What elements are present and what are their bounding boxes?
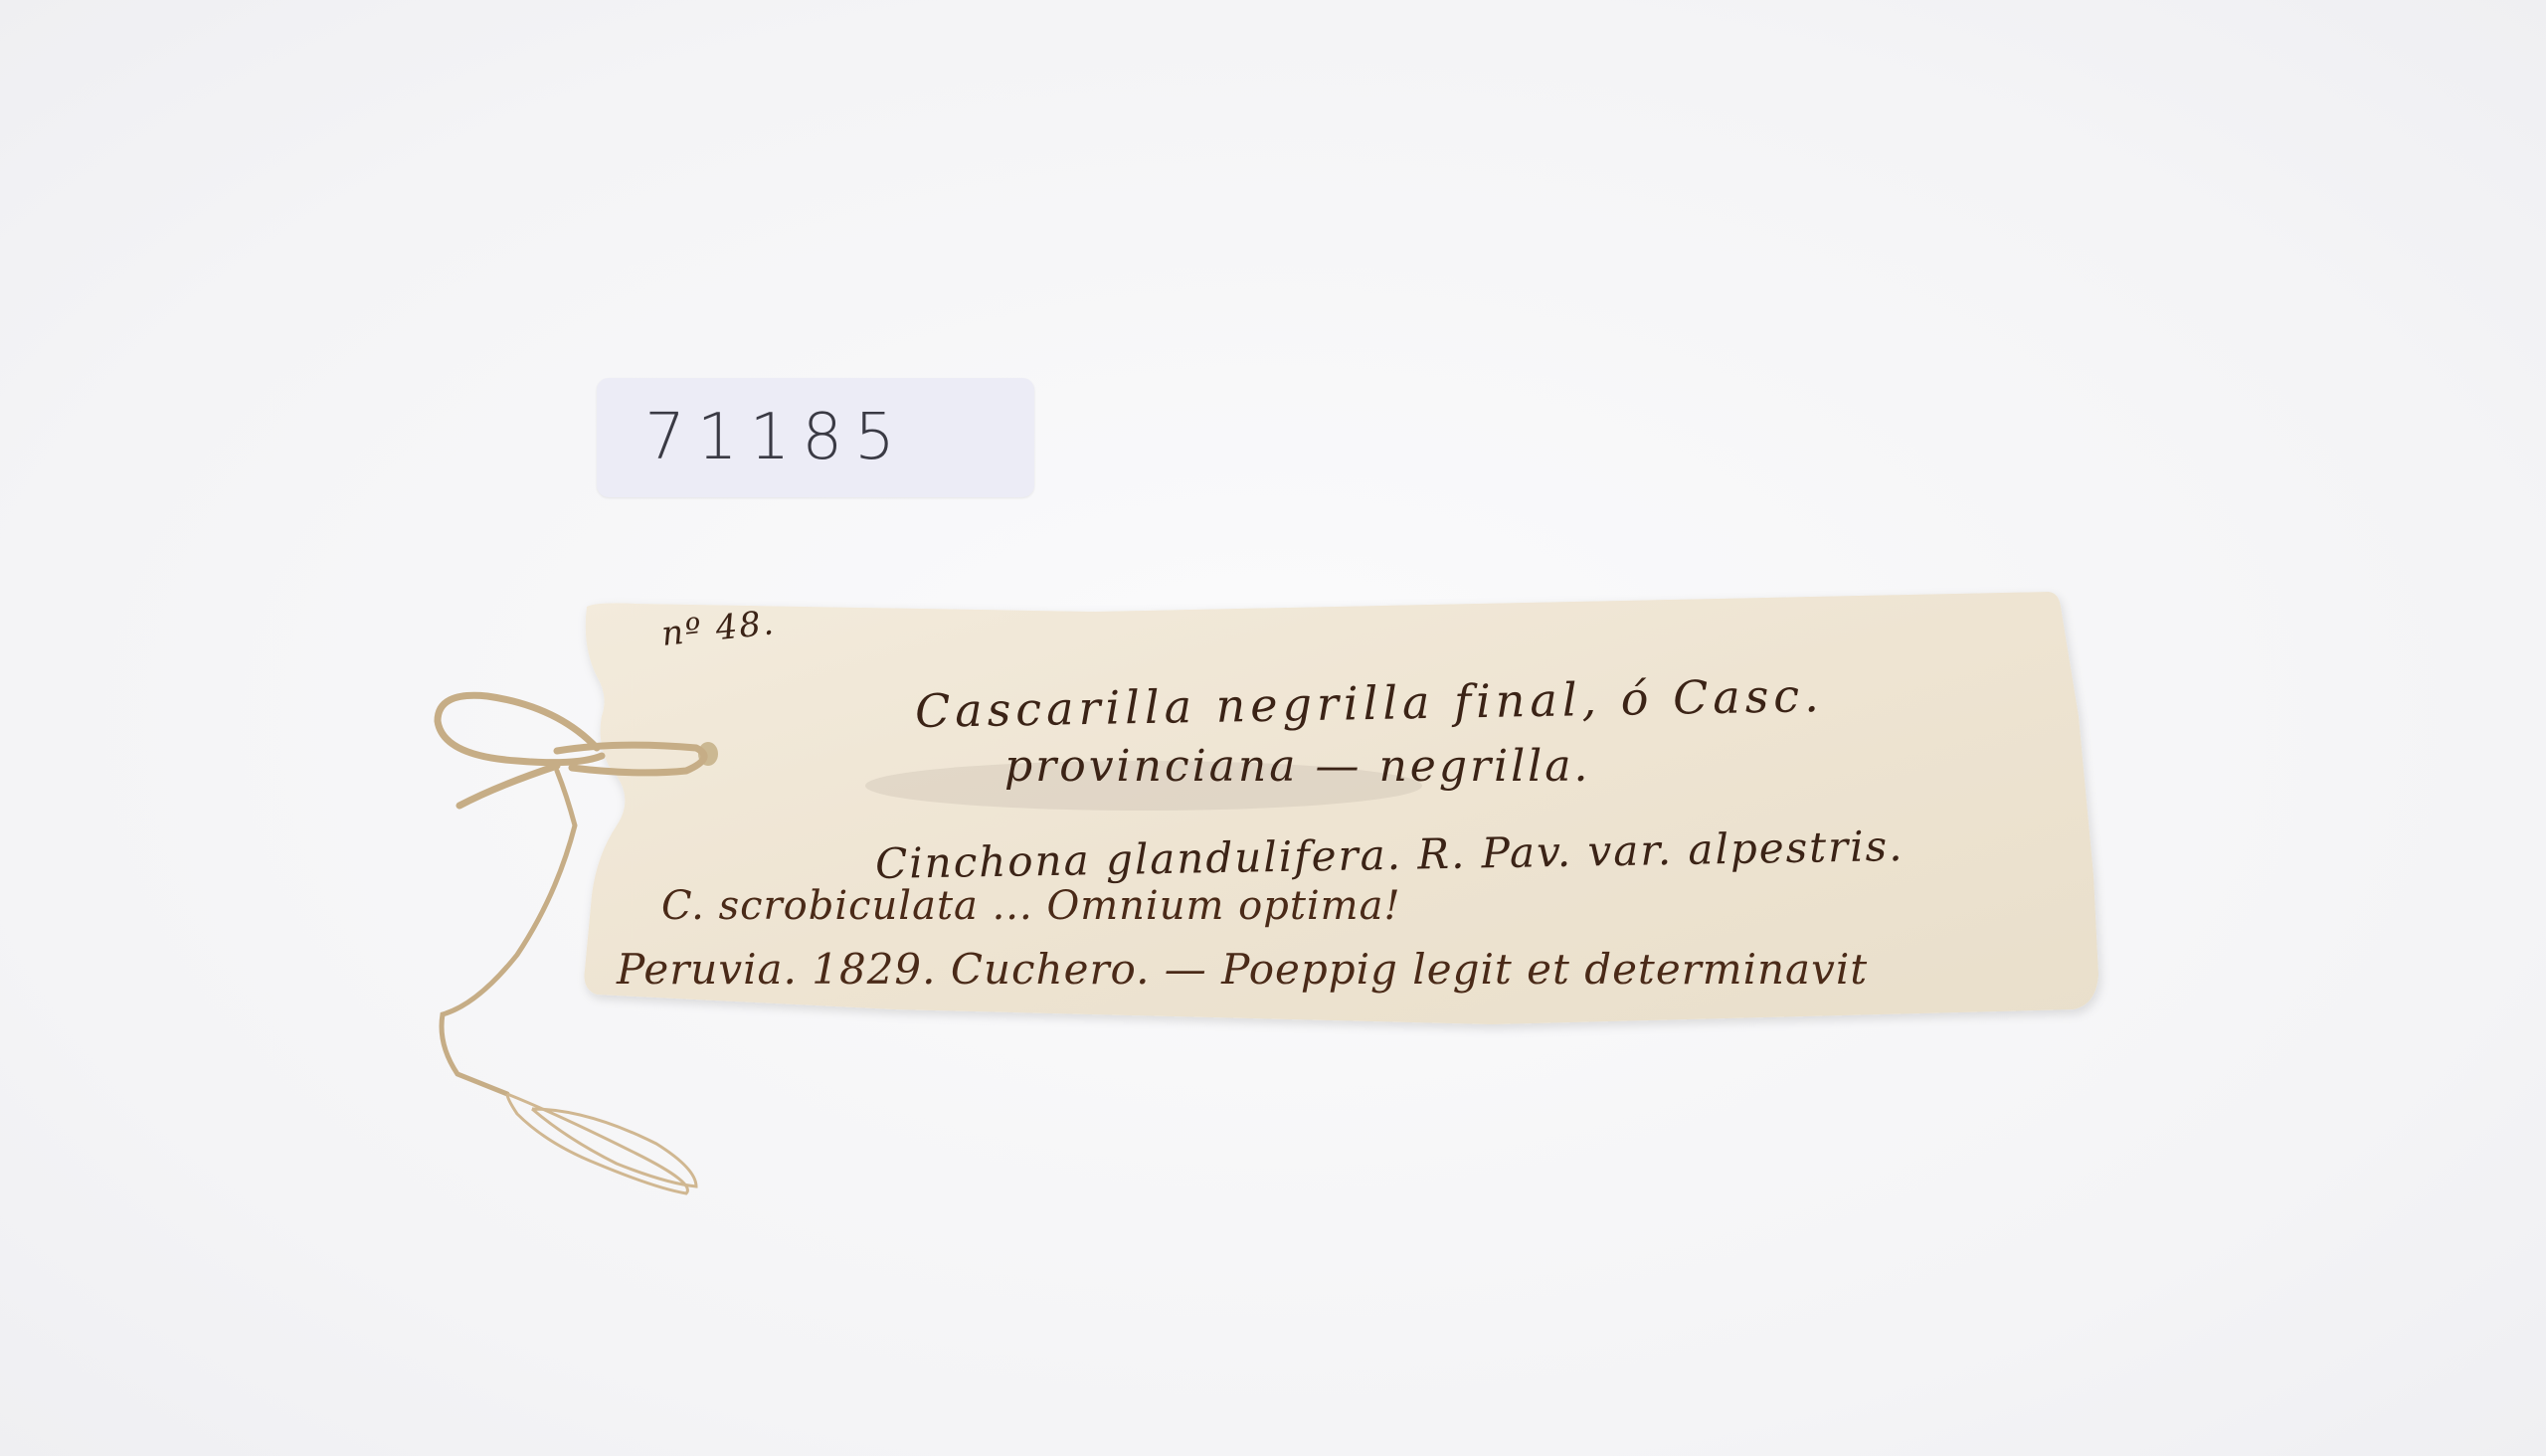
handwritten-line-4: C. scrobiculata ... Omnium optima!: [661, 883, 1401, 929]
specimen-tag: nº 48. Cascarilla negrilla final, ó Casc…: [0, 0, 2546, 1456]
handwritten-line-2: provinciana — negrilla.: [1004, 741, 1590, 792]
handwritten-line-5: Peruvia. 1829. Cuchero. — Poeppig legit …: [617, 945, 1868, 994]
